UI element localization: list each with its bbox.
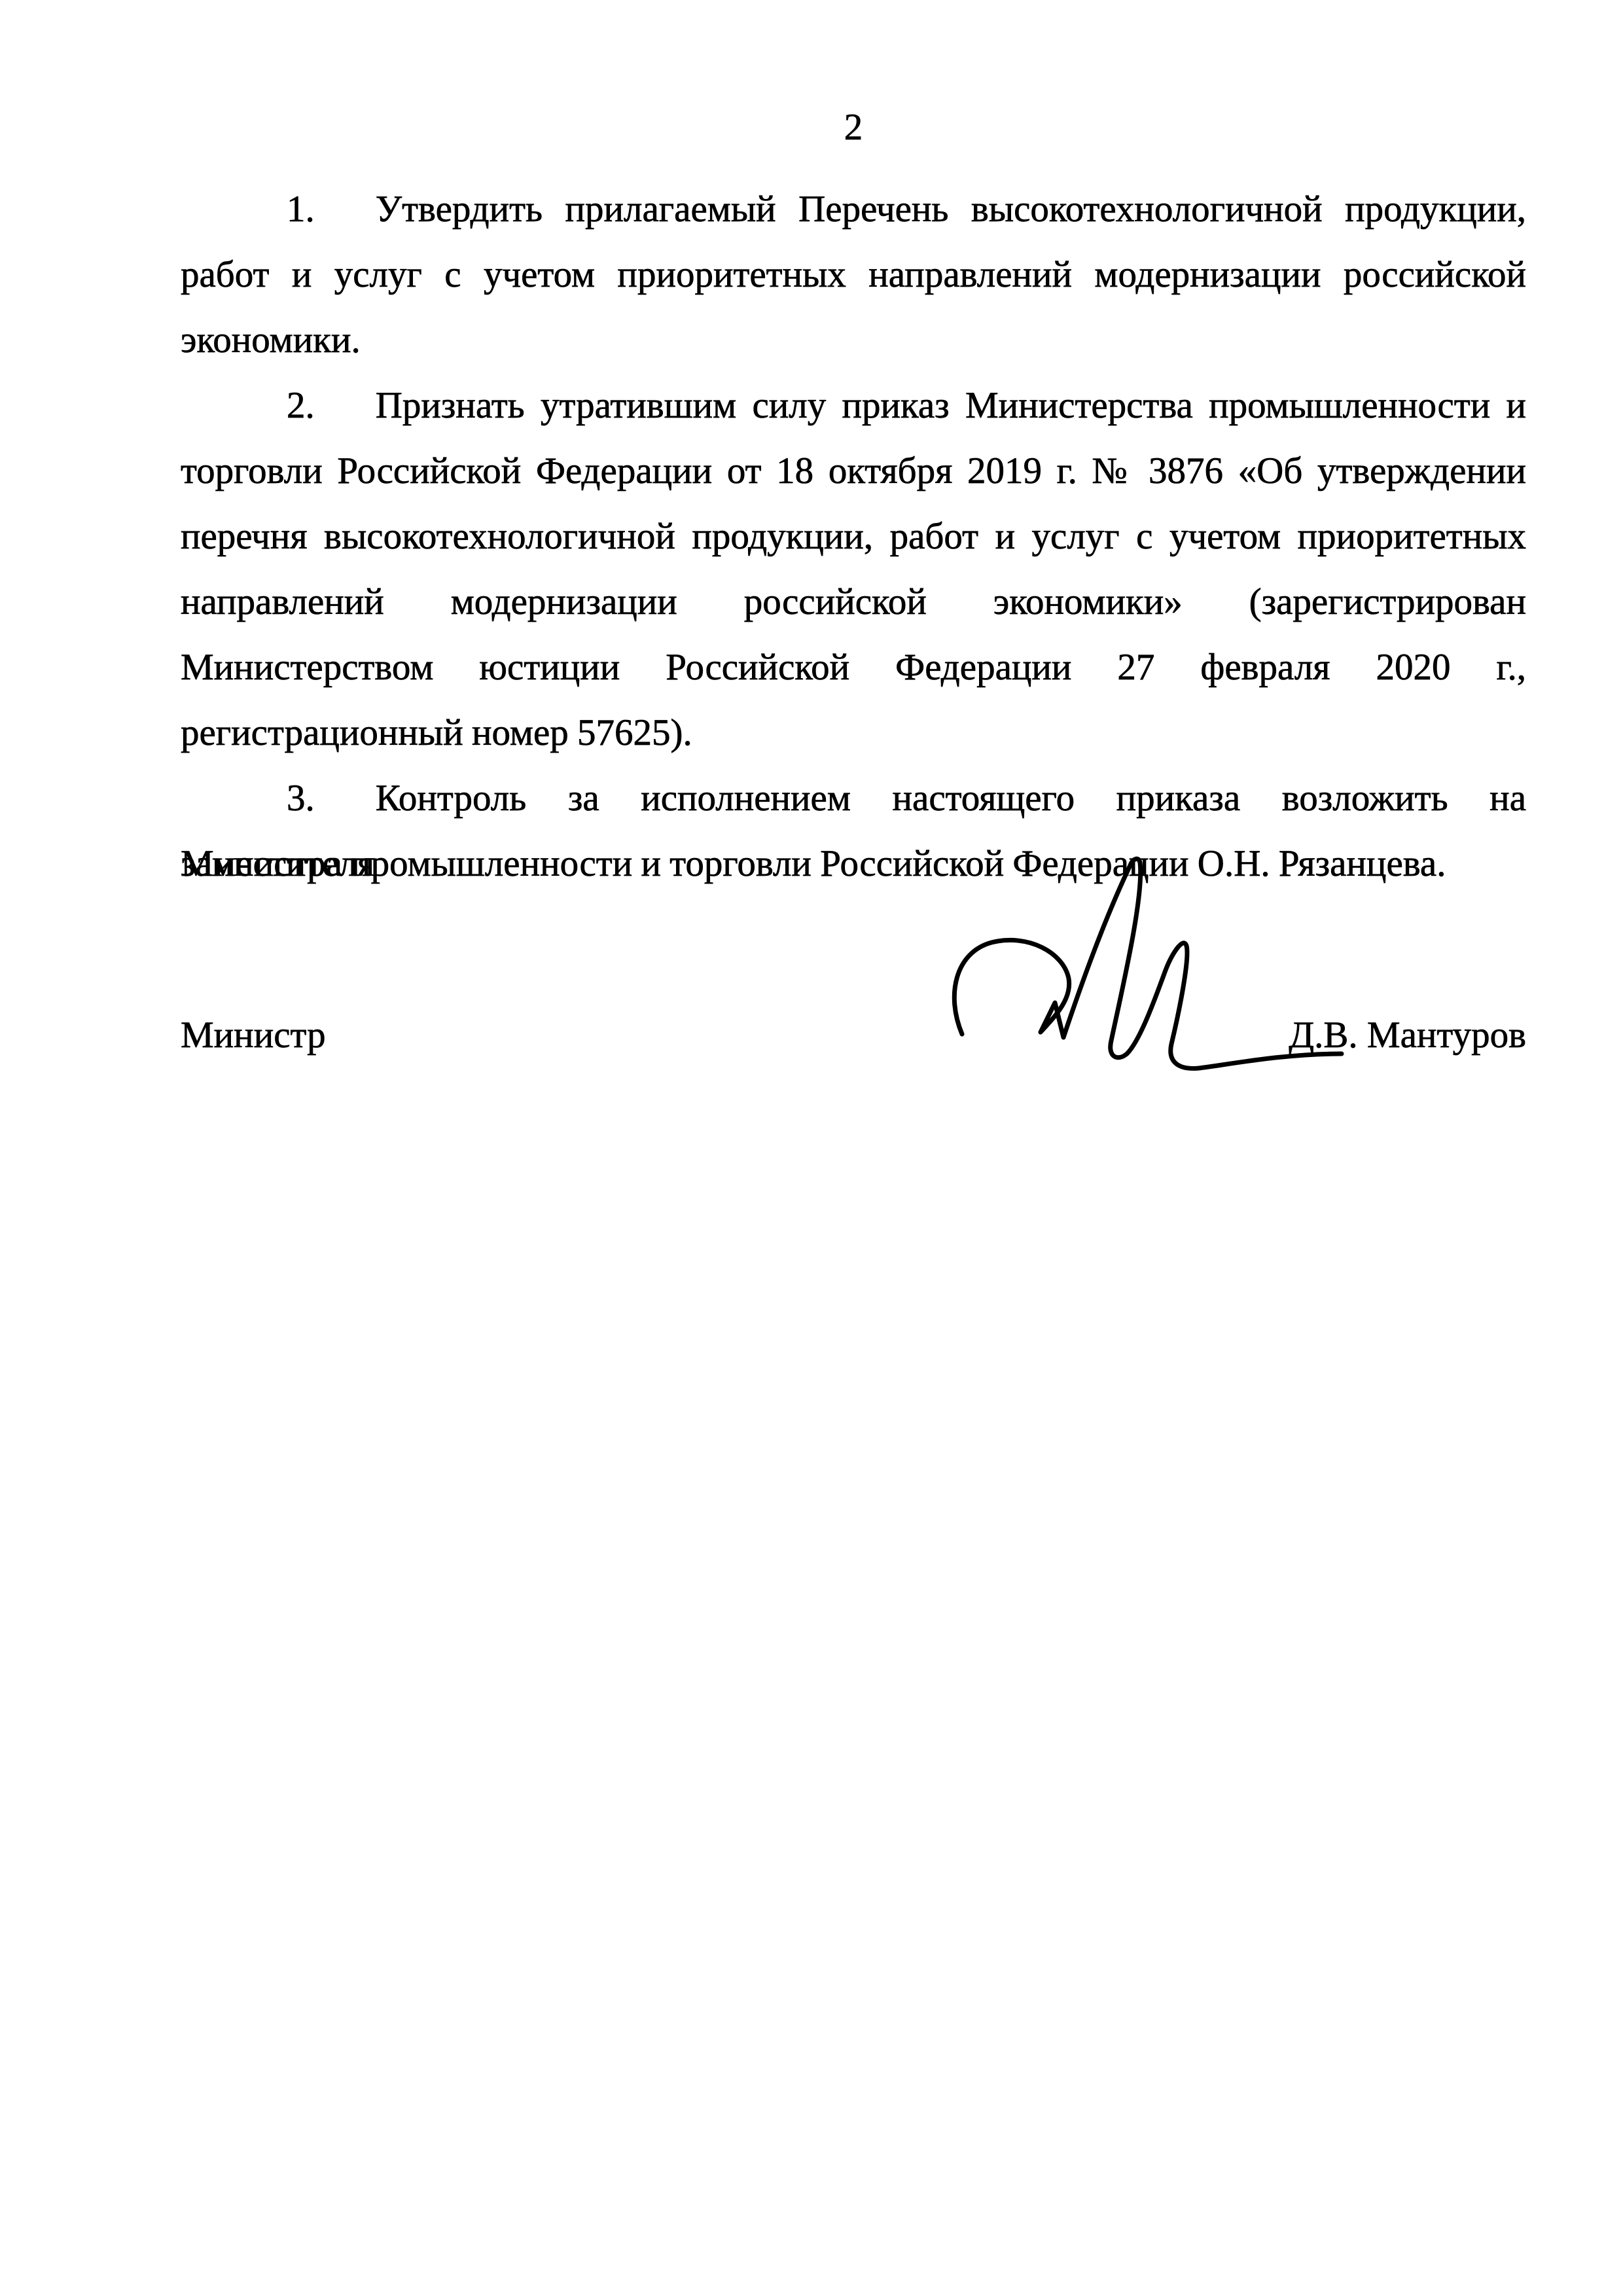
text-line: торговли Российской Федерации от 18 октя… <box>181 439 1526 504</box>
paragraph-number: 1. <box>287 188 315 230</box>
tab-spacer <box>315 417 376 418</box>
text-line: 2.Признать утратившим силу приказ Минист… <box>181 373 1526 439</box>
text-line: 3.Контроль за исполнением настоящего при… <box>181 766 1526 831</box>
paragraph-2: 2.Признать утратившим силу приказ Минист… <box>181 373 1526 766</box>
paragraph-number: 3. <box>287 778 315 819</box>
text-line-content: Признать утратившим силу приказ Министер… <box>376 385 1526 426</box>
tab-spacer <box>315 810 376 810</box>
text-line: Министерством юстиции Российской Федерац… <box>181 635 1526 700</box>
text-line: направлений модернизации российской экон… <box>181 569 1526 635</box>
paragraph-1: 1.Утвердить прилагаемый Перечень высокот… <box>181 177 1526 373</box>
text-line: экономики. <box>181 308 1526 373</box>
document-page: 2 1.Утвердить прилагаемый Перечень высок… <box>0 0 1623 2296</box>
text-line: работ и услуг с учетом приоритетных напр… <box>181 242 1526 308</box>
page-number: 2 <box>181 95 1526 160</box>
document-body: 1.Утвердить прилагаемый Перечень высокот… <box>181 177 1526 897</box>
tab-spacer <box>315 221 376 221</box>
text-line: 1.Утвердить прилагаемый Перечень высокот… <box>181 177 1526 242</box>
text-line: перечня высокотехнологичной продукции, р… <box>181 504 1526 569</box>
minister-title: Министр <box>181 1003 326 1068</box>
text-line: регистрационный номер 57625). <box>181 700 1526 766</box>
text-line-content: Утвердить прилагаемый Перечень высокотех… <box>376 188 1526 230</box>
signature-stroke <box>954 859 1342 1068</box>
paragraph-number: 2. <box>287 385 315 426</box>
handwritten-signature <box>942 838 1361 1086</box>
